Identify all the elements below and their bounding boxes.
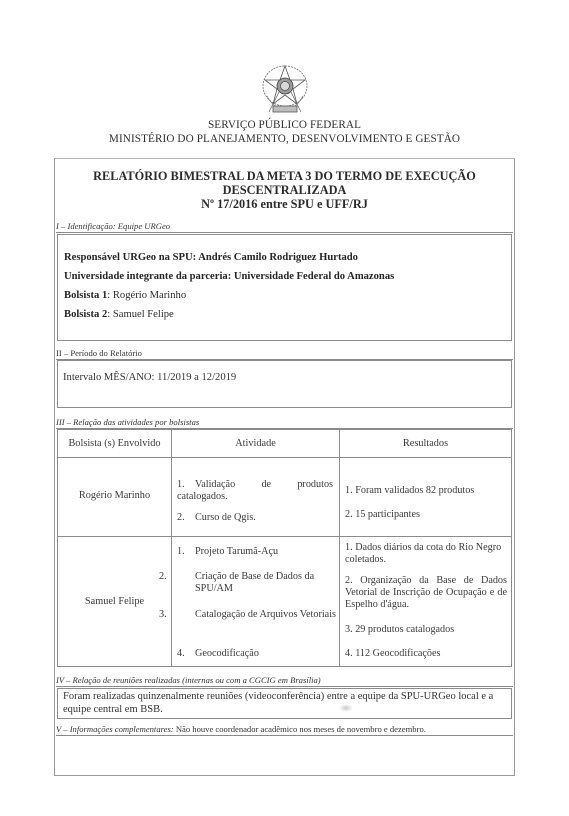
bolsista2-line: Bolsista 2: Samuel Felipe — [64, 309, 174, 320]
section-period-label: II – Período do Relatório — [56, 348, 513, 360]
activity-number: 1. — [177, 479, 195, 491]
table-row-result: 1. Dados diários da cota do Rio Negro co… — [345, 542, 507, 566]
section-complementary: V – Informações complementares: Não houv… — [56, 724, 513, 736]
activities-table: Bolsista (s) Envolvido Atividade Resulta… — [57, 429, 512, 667]
header-ministry: MINISTÉRIO DO PLANEJAMENTO, DESENVOLVIME… — [0, 133, 569, 145]
header-atividade: Atividade — [172, 438, 339, 449]
activity-number: 4. — [177, 648, 195, 660]
brazil-coat-of-arms-icon — [259, 62, 311, 116]
section-activities-label: III – Relação das atividades por bolsist… — [56, 417, 513, 429]
table-row-activity: 2.Criação de Base de Dados da SPU/AM — [177, 571, 351, 595]
column-divider — [171, 430, 172, 666]
row-divider — [58, 536, 511, 537]
activity-text: Curso de Qgis. — [195, 512, 256, 523]
section-identification-label: I – Identificação: Equipe URGeo — [56, 221, 513, 233]
period-interval: Intervalo MÊS/ANO: 11/2019 a 12/2019 — [63, 372, 236, 383]
bolsista2-label: Bolsista 2 — [64, 309, 107, 320]
bolsista1-value: : Rogério Marinho — [107, 290, 186, 301]
activity-text: Projeto Tarumã-Açu — [195, 546, 278, 557]
scan-smudge — [339, 704, 353, 712]
table-row-activity: 2.Curso de Qgis. — [177, 512, 333, 524]
identification-box: Responsável URGeo na SPU: Andrés Camilo … — [57, 234, 512, 341]
activity-text: Geocodificação — [195, 648, 259, 659]
period-box: Intervalo MÊS/ANO: 11/2019 a 12/2019 — [57, 360, 512, 408]
bolsista2-value: : Samuel Felipe — [107, 309, 174, 320]
column-divider — [339, 430, 340, 666]
report-title-line2: DESCENTRALIZADA — [54, 183, 515, 198]
activity-number: 2. — [177, 512, 195, 524]
row-divider — [58, 457, 511, 458]
meetings-text: Foram realizadas quinzenalmente reuniões… — [63, 690, 503, 716]
section-complementary-label: V – Informações complementares: — [56, 724, 174, 734]
bolsista1-label: Bolsista 1 — [64, 290, 107, 301]
table-row-activity: 3.Catalogação de Arquivos Vetoriais — [177, 609, 351, 621]
report-title-line3: Nº 17/2016 entre SPU e UFF/RJ — [54, 197, 515, 212]
row1-bolsista: Rogério Marinho — [58, 490, 171, 501]
activity-number: 1. — [177, 546, 195, 558]
section-meetings-label: IV – Relação de reuniões realizadas (int… — [56, 675, 513, 687]
table-row-result: 2. 15 participantes — [345, 509, 507, 521]
header-bolsista: Bolsista (s) Envolvido — [58, 438, 171, 449]
bolsista1-line: Bolsista 1: Rogério Marinho — [64, 290, 186, 301]
table-row-result: 2. Organização da Base de Dados Vetorial… — [345, 575, 507, 611]
table-row-result: 1. Foram validados 82 produtos — [345, 485, 507, 497]
row2-bolsista: Samuel Felipe — [58, 596, 171, 607]
university-line: Universidade integrante da parceria: Uni… — [64, 271, 394, 282]
table-row-result: 3. 29 produtos catalogados — [345, 624, 507, 636]
activity-number: 3. — [177, 609, 195, 621]
report-title-line1: RELATÓRIO BIMESTRAL DA META 3 DO TERMO D… — [54, 169, 515, 184]
section-complementary-text: Não houve coordenador acadêmico nos mese… — [174, 724, 426, 734]
activity-text: Validação de produtos catalogados. — [177, 479, 333, 502]
activity-number: 2. — [177, 571, 195, 583]
responsible-line: Responsável URGeo na SPU: Andrés Camilo … — [64, 252, 358, 263]
university-text: Universidade integrante da parceria: Uni… — [64, 271, 394, 282]
activity-text: Catalogação de Arquivos Vetoriais — [195, 609, 336, 620]
table-row-activity: 1.Projeto Tarumã-Açu — [177, 546, 333, 558]
responsible-text: Responsável URGeo na SPU: Andrés Camilo … — [64, 252, 358, 263]
activity-text: Criação de Base de Dados da SPU/AM — [195, 571, 314, 594]
table-row-result: 4. 112 Geocodificações — [345, 648, 507, 660]
table-row-activity: 4.Geocodificação — [177, 648, 333, 660]
header-service: SERVIÇO PÚBLICO FEDERAL — [0, 119, 569, 131]
table-row-activity: 1.Validação de produtos catalogados. — [177, 479, 333, 503]
meetings-box: Foram realizadas quinzenalmente reuniões… — [57, 688, 512, 719]
header-resultados: Resultados — [340, 438, 511, 449]
